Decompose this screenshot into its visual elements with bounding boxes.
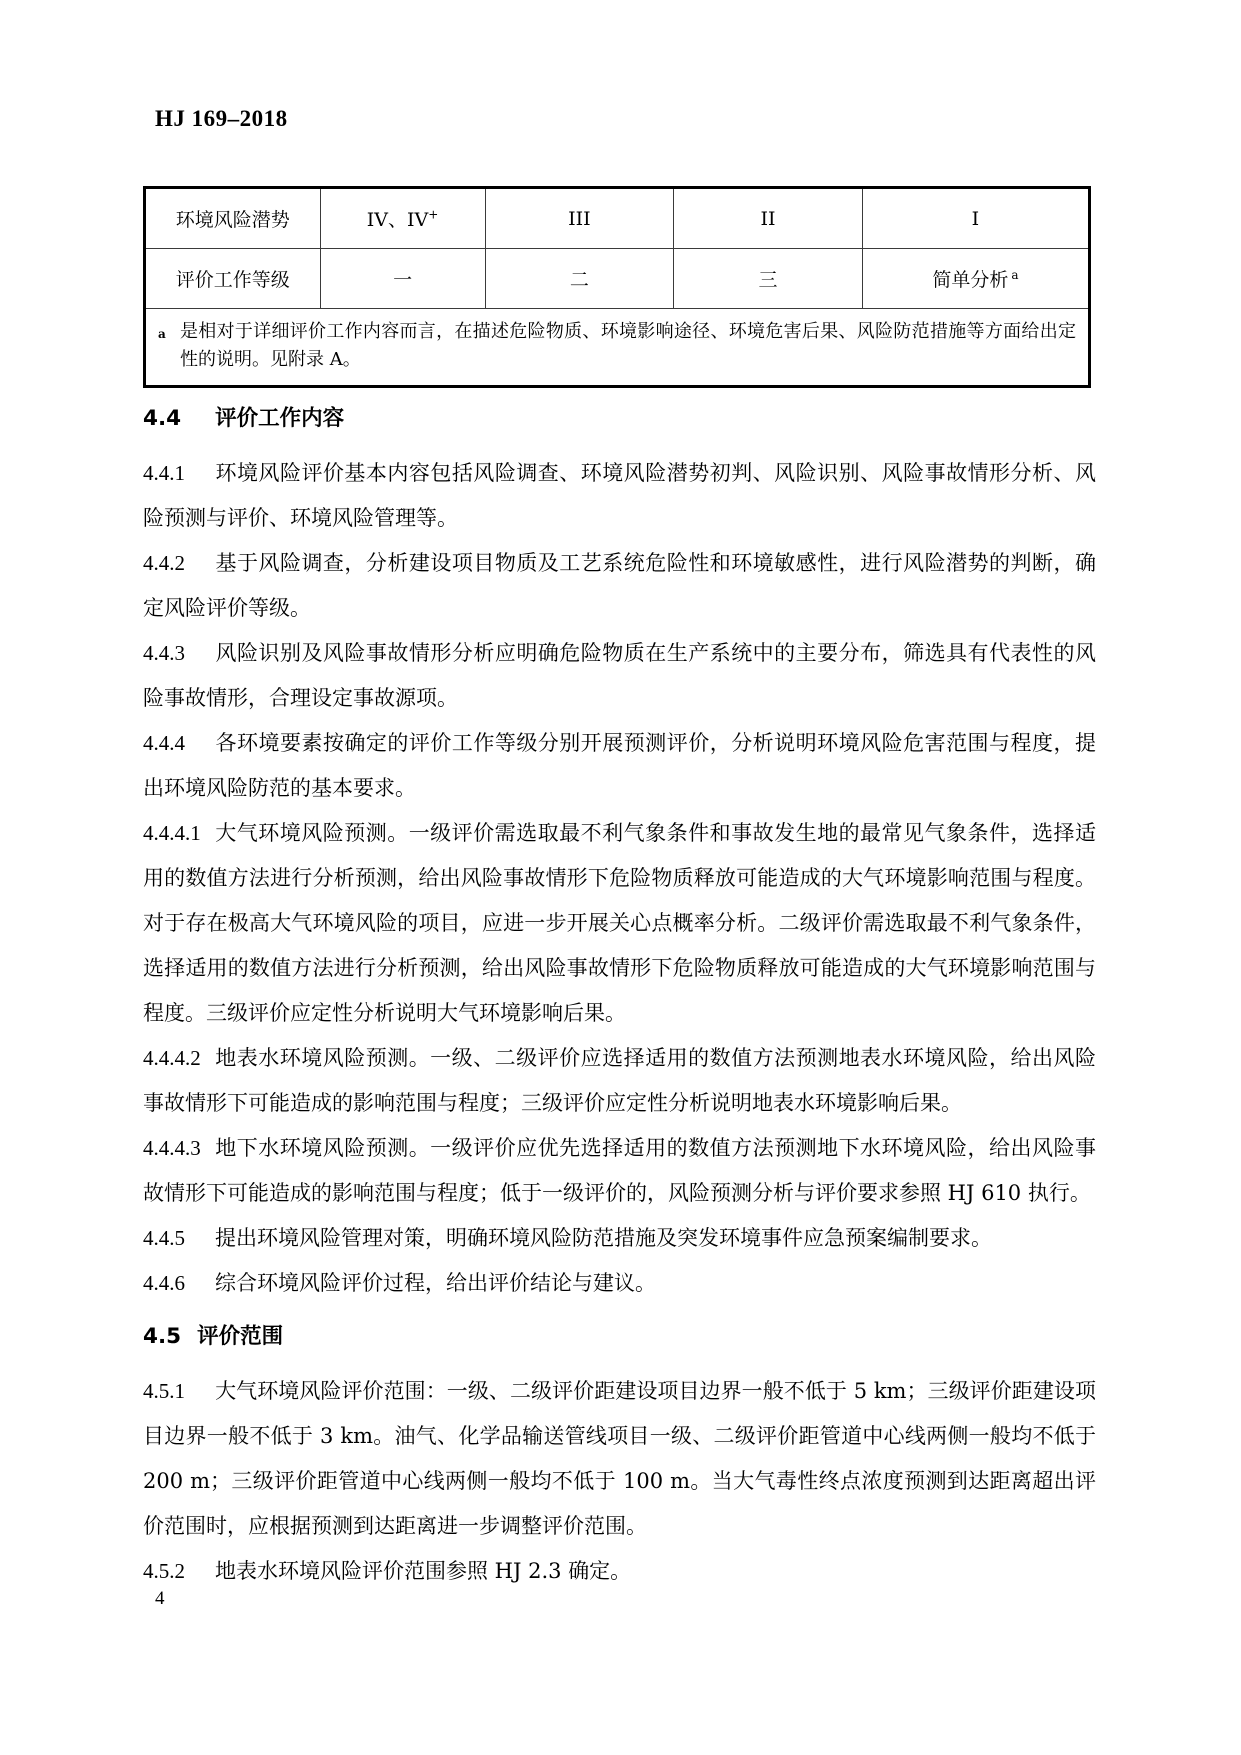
clause-number: 4.4.6 (143, 1271, 185, 1295)
table-cell-row2-c3: 三 (674, 249, 863, 309)
footnote-text: 是相对于详细评价工作内容而言，在描述危险物质、环境影响途径、环境危害后果、风险防… (180, 318, 1076, 374)
table-footnote-row: a 是相对于详细评价工作内容而言，在描述危险物质、环境影响途径、环境危害后果、风… (145, 309, 1090, 387)
table-cell-row1-c3: II (674, 188, 863, 249)
clause-number: 4.5.2 (143, 1559, 185, 1583)
clause-number: 4.4.1 (143, 461, 185, 485)
clause-4-4-4-1: 4.4.4.1大气环境风险预测。一级评价需选取最不利气象条件和事故发生地的最常见… (143, 811, 1096, 1036)
clause-4-4-4-2: 4.4.4.2地表水环境风险预测。一级、二级评价应选择适用的数值方法预测地表水环… (143, 1036, 1096, 1126)
clause-text: 地表水环境风险评价范围参照 HJ 2.3 确定。 (215, 1559, 631, 1583)
clause-number: 4.5.1 (143, 1379, 185, 1403)
clause-4-4-1: 4.4.1环境风险评价基本内容包括风险调查、环境风险潜势初判、风险识别、风险事故… (143, 451, 1096, 541)
clause-text: 大气环境风险评价范围：一级、二级评价距建设项目边界一般不低于 5 km；三级评价… (143, 1379, 1096, 1538)
clause-text: 大气环境风险预测。一级评价需选取最不利气象条件和事故发生地的最常见气象条件，选择… (143, 821, 1096, 1025)
clause-text: 各环境要素按确定的评价工作等级分别开展预测评价，分析说明环境风险危害范围与程度，… (143, 731, 1096, 800)
clause-text: 地表水环境风险预测。一级、二级评价应选择适用的数值方法预测地表水环境风险，给出风… (143, 1046, 1096, 1115)
section-heading-4-5: 4.5评价范围 (143, 1314, 1096, 1359)
table-cell-row2-c4: 简单分析a (862, 249, 1089, 309)
section-title: 评价工作内容 (215, 406, 344, 431)
risk-grade-table: 环境风险潜势 IV、IV+ III II I 评价工作等级 一 二 三 简单分析… (143, 186, 1091, 388)
clause-text: 风险识别及风险事故情形分析应明确危险物质在生产系统中的主要分布，筛选具有代表性的… (143, 641, 1096, 710)
footnote: a 是相对于详细评价工作内容而言，在描述危险物质、环境影响途径、环境危害后果、风… (158, 318, 1076, 374)
clause-4-4-5: 4.4.5提出环境风险管理对策，明确环境风险防范措施及突发环境事件应急预案编制要… (143, 1216, 1096, 1261)
clause-text: 提出环境风险管理对策，明确环境风险防范措施及突发环境事件应急预案编制要求。 (215, 1226, 992, 1250)
clause-number: 4.4.4.2 (143, 1046, 201, 1070)
footnote-marker: a (158, 318, 180, 374)
section-title: 评价范围 (197, 1324, 283, 1349)
clause-4-5-1: 4.5.1大气环境风险评价范围：一级、二级评价距建设项目边界一般不低于 5 km… (143, 1369, 1096, 1549)
table-cell-row1-c2: III (485, 188, 674, 249)
clause-4-4-2: 4.4.2基于风险调查，分析建设项目物质及工艺系统危险性和环境敏感性，进行风险潜… (143, 541, 1096, 631)
clause-4-4-4-3: 4.4.4.3地下水环境风险预测。一级评价应优先选择适用的数值方法预测地下水环境… (143, 1126, 1096, 1216)
section-heading-4-4: 4.4评价工作内容 (143, 396, 1096, 441)
clause-4-5-2: 4.5.2地表水环境风险评价范围参照 HJ 2.3 确定。 (143, 1549, 1096, 1594)
clause-4-4-6: 4.4.6综合环境风险评价过程，给出评价结论与建议。 (143, 1261, 1096, 1306)
doc-code-header: HJ 169–2018 (155, 106, 1096, 132)
superscript-a: a (1011, 268, 1018, 282)
clause-text: 环境风险评价基本内容包括风险调查、环境风险潜势初判、风险识别、风险事故情形分析、… (143, 461, 1096, 530)
clause-number: 4.4.4 (143, 731, 185, 755)
clause-number: 4.4.3 (143, 641, 185, 665)
table-cell-row2-c1: 一 (320, 249, 485, 309)
table-cell-row2-c2: 二 (485, 249, 674, 309)
section-number: 4.4 (143, 406, 181, 431)
clause-text: 综合环境风险评价过程，给出评价结论与建议。 (215, 1271, 656, 1295)
clause-text: 地下水环境风险预测。一级评价应优先选择适用的数值方法预测地下水环境风险，给出风险… (143, 1136, 1096, 1205)
document-page: HJ 169–2018 环境风险潜势 IV、IV+ III II I 评价工作等… (0, 0, 1241, 1755)
clause-4-4-3: 4.4.3风险识别及风险事故情形分析应明确危险物质在生产系统中的主要分布，筛选具… (143, 631, 1096, 721)
table-row-risk-potential: 环境风险潜势 IV、IV+ III II I (145, 188, 1090, 249)
table-row-evaluation-grade: 评价工作等级 一 二 三 简单分析a (145, 249, 1090, 309)
clause-text: 基于风险调查，分析建设项目物质及工艺系统危险性和环境敏感性，进行风险潜势的判断，… (143, 551, 1096, 620)
clause-4-4-4: 4.4.4各环境要素按确定的评价工作等级分别开展预测评价，分析说明环境风险危害范… (143, 721, 1096, 811)
section-number: 4.5 (143, 1324, 181, 1349)
table-cell-row1-label: 环境风险潜势 (145, 188, 321, 249)
table-cell-row1-c1: IV、IV+ (320, 188, 485, 249)
clause-number: 4.4.5 (143, 1226, 185, 1250)
clause-number: 4.4.4.1 (143, 821, 201, 845)
clause-number: 4.4.4.3 (143, 1136, 201, 1160)
table-cell-row2-label: 评价工作等级 (145, 249, 321, 309)
clause-number: 4.4.2 (143, 551, 185, 575)
page-number: 4 (155, 1588, 165, 1610)
table-footnote-cell: a 是相对于详细评价工作内容而言，在描述危险物质、环境影响途径、环境危害后果、风… (145, 309, 1090, 387)
table-cell-row1-c4: I (862, 188, 1089, 249)
superscript-plus: + (428, 208, 438, 222)
